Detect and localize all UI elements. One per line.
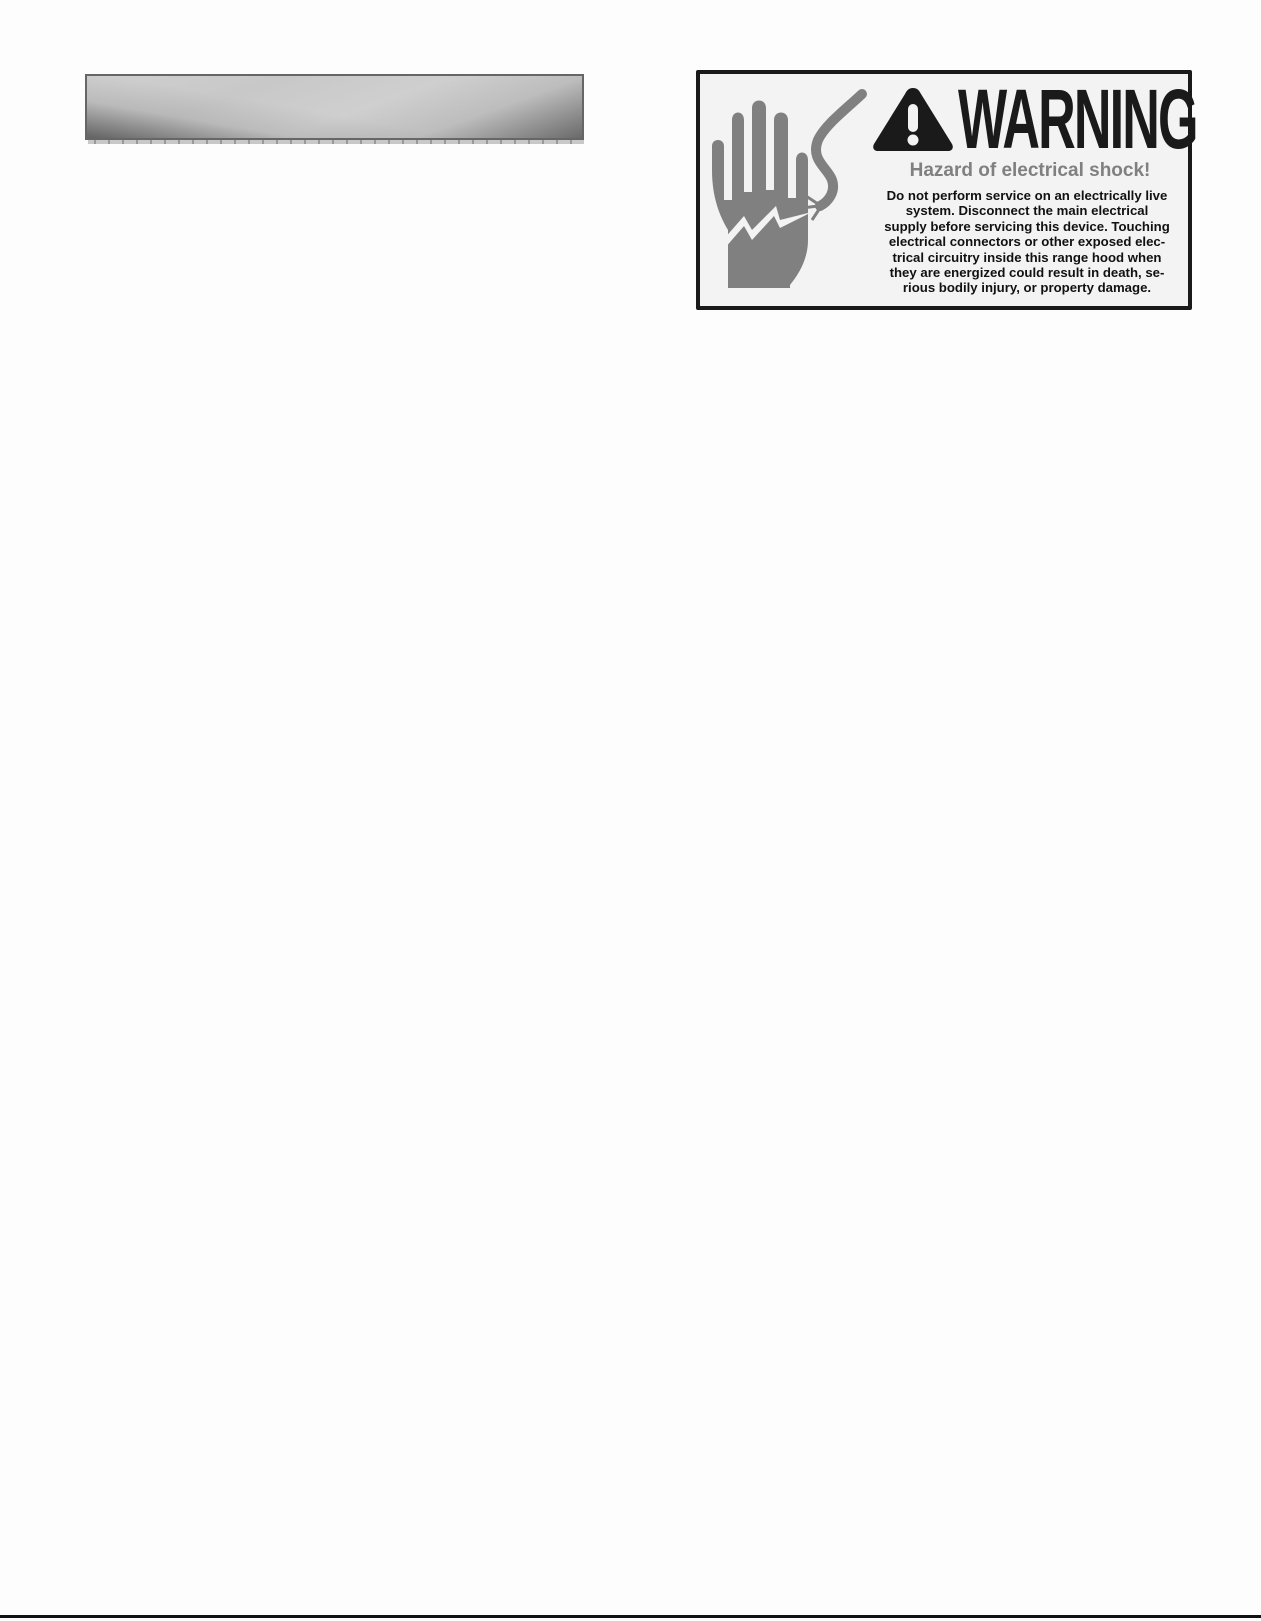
electrical-shock-warning-label: WARNING Hazard of electrical shock! Do n… [696, 70, 1192, 310]
header-bar-dotted-edge [88, 140, 584, 144]
hand-electric-shock-icon [710, 80, 870, 302]
warning-body-line: system. Disconnect the main electrical [862, 203, 1192, 218]
warning-body-text: Do not perform service on an electricall… [862, 188, 1192, 296]
warning-body-line: rious bodily injury, or property damage. [862, 280, 1192, 295]
warning-triangle-exclamation-icon [872, 86, 954, 152]
warning-body-line: Do not perform service on an electricall… [862, 188, 1192, 203]
warning-title: WARNING [958, 74, 1197, 164]
warning-subtitle: Hazard of electrical shock! [872, 160, 1188, 182]
warning-body-line: electrical connectors or other exposed e… [862, 234, 1192, 249]
warning-body-line: supply before servicing this device. Tou… [862, 219, 1192, 234]
warning-body-line: trical circuitry inside this range hood … [862, 250, 1192, 265]
warning-heading: WARNING [872, 80, 1190, 158]
warning-body-line: they are energized could result in death… [862, 265, 1192, 280]
page-bottom-rule [0, 1615, 1261, 1618]
section-header-bar [85, 74, 584, 140]
